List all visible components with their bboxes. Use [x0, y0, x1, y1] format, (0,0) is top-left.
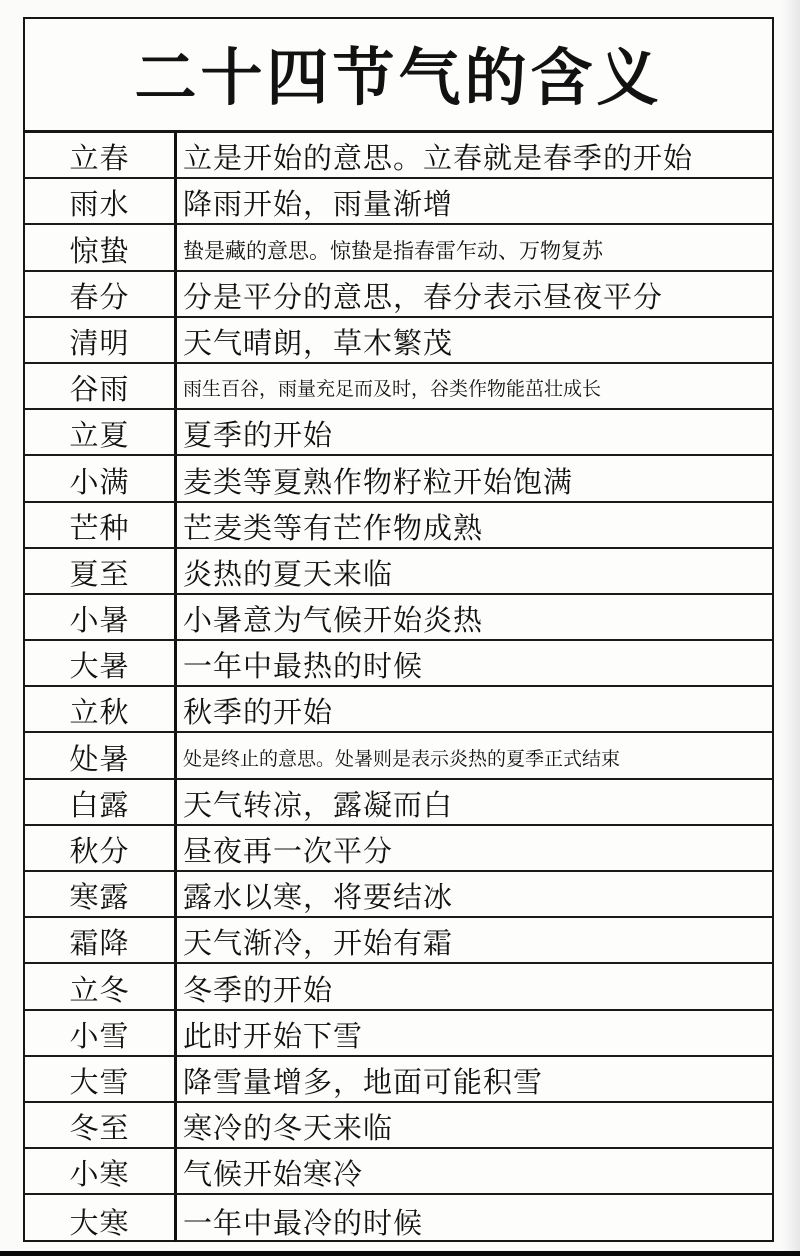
- term-name: 立冬: [25, 964, 177, 1008]
- term-name: 春分: [25, 272, 177, 316]
- term-name: 小满: [25, 456, 177, 500]
- term-meaning: 此时开始下雪: [177, 1011, 772, 1055]
- term-name: 霜降: [25, 918, 177, 962]
- term-meaning: 天气晴朗，草木繁茂: [177, 318, 772, 362]
- term-name: 惊蛰: [25, 225, 177, 269]
- term-meaning: 秋季的开始: [177, 687, 772, 731]
- term-meaning: 麦类等夏熟作物籽粒开始饱满: [177, 456, 772, 500]
- table-row: 大暑一年中最热的时候: [25, 641, 772, 687]
- term-name: 秋分: [25, 826, 177, 870]
- term-meaning: 炎热的夏天来临: [177, 549, 772, 593]
- term-meaning: 分是平分的意思，春分表示昼夜平分: [177, 272, 772, 316]
- term-meaning: 冬季的开始: [177, 964, 772, 1008]
- term-meaning: 处是终止的意思。处暑则是表示炎热的夏季正式结束: [177, 733, 772, 777]
- term-name: 夏至: [25, 549, 177, 593]
- term-meaning: 天气渐冷，开始有霜: [177, 918, 772, 962]
- term-name: 雨水: [25, 179, 177, 223]
- term-name: 芒种: [25, 503, 177, 547]
- term-meaning: 蛰是藏的意思。惊蛰是指春雷乍动、万物复苏: [177, 225, 772, 269]
- term-meaning: 天气转凉，露凝而白: [177, 780, 772, 824]
- term-name: 清明: [25, 318, 177, 362]
- term-name: 大暑: [25, 641, 177, 685]
- term-name: 小雪: [25, 1011, 177, 1055]
- term-name: 寒露: [25, 872, 177, 916]
- table-row: 白露天气转凉，露凝而白: [25, 780, 772, 826]
- table-row: 立冬冬季的开始: [25, 964, 772, 1010]
- term-name: 立秋: [25, 687, 177, 731]
- table-row: 秋分昼夜再一次平分: [25, 826, 772, 872]
- term-meaning: 小暑意为气候开始炎热: [177, 595, 772, 639]
- solar-terms-table: 二十四节气的含义 立春立是开始的意思。立春就是春季的开始 雨水降雨开始，雨量渐增…: [23, 17, 774, 1242]
- term-meaning: 夏季的开始: [177, 410, 772, 454]
- bottom-border-strip: [0, 1251, 800, 1256]
- terms-list: 立春立是开始的意思。立春就是春季的开始 雨水降雨开始，雨量渐增 惊蛰蛰是藏的意思…: [25, 133, 772, 1242]
- term-name: 谷雨: [25, 364, 177, 408]
- term-meaning: 寒冷的冬天来临: [177, 1103, 772, 1147]
- table-row: 小满麦类等夏熟作物籽粒开始饱满: [25, 456, 772, 502]
- term-name: 处暑: [25, 733, 177, 777]
- term-meaning: 立是开始的意思。立春就是春季的开始: [177, 133, 772, 177]
- table-row: 小雪此时开始下雪: [25, 1011, 772, 1057]
- table-row: 夏至炎热的夏天来临: [25, 549, 772, 595]
- term-meaning: 露水以寒，将要结冰: [177, 872, 772, 916]
- term-name: 小暑: [25, 595, 177, 639]
- term-meaning: 雨生百谷，雨量充足而及时，谷类作物能茁壮成长: [177, 364, 772, 408]
- table-row: 立春立是开始的意思。立春就是春季的开始: [25, 133, 772, 179]
- table-row: 霜降天气渐冷，开始有霜: [25, 918, 772, 964]
- table-row: 谷雨雨生百谷，雨量充足而及时，谷类作物能茁壮成长: [25, 364, 772, 410]
- term-meaning: 降雨开始，雨量渐增: [177, 179, 772, 223]
- table-row: 清明天气晴朗，草木繁茂: [25, 318, 772, 364]
- table-row: 小暑小暑意为气候开始炎热: [25, 595, 772, 641]
- table-row: 冬至寒冷的冬天来临: [25, 1103, 772, 1149]
- term-meaning: 气候开始寒冷: [177, 1149, 772, 1193]
- page-title: 二十四节气的含义: [134, 41, 662, 109]
- page-edge-shadow: [782, 0, 800, 1252]
- table-row: 处暑处是终止的意思。处暑则是表示炎热的夏季正式结束: [25, 733, 772, 779]
- term-meaning: 芒麦类等有芒作物成熟: [177, 503, 772, 547]
- term-name: 大寒: [25, 1195, 177, 1241]
- table-row: 春分分是平分的意思，春分表示昼夜平分: [25, 272, 772, 318]
- table-row: 芒种芒麦类等有芒作物成熟: [25, 503, 772, 549]
- term-name: 立夏: [25, 410, 177, 454]
- table-row: 雨水降雨开始，雨量渐增: [25, 179, 772, 225]
- term-meaning: 一年中最热的时候: [177, 641, 772, 685]
- title-row: 二十四节气的含义: [25, 19, 772, 133]
- term-name: 白露: [25, 780, 177, 824]
- table-row: 立夏夏季的开始: [25, 410, 772, 456]
- term-meaning: 一年中最冷的时候: [177, 1195, 772, 1241]
- table-row: 小寒气候开始寒冷: [25, 1149, 772, 1195]
- table-row: 立秋秋季的开始: [25, 687, 772, 733]
- term-name: 小寒: [25, 1149, 177, 1193]
- term-meaning: 降雪量增多，地面可能积雪: [177, 1057, 772, 1101]
- term-name: 立春: [25, 133, 177, 177]
- term-name: 大雪: [25, 1057, 177, 1101]
- term-name: 冬至: [25, 1103, 177, 1147]
- term-meaning: 昼夜再一次平分: [177, 826, 772, 870]
- table-row: 大寒一年中最冷的时候: [25, 1195, 772, 1241]
- table-row: 寒露露水以寒，将要结冰: [25, 872, 772, 918]
- table-row: 大雪降雪量增多，地面可能积雪: [25, 1057, 772, 1103]
- table-row: 惊蛰蛰是藏的意思。惊蛰是指春雷乍动、万物复苏: [25, 225, 772, 271]
